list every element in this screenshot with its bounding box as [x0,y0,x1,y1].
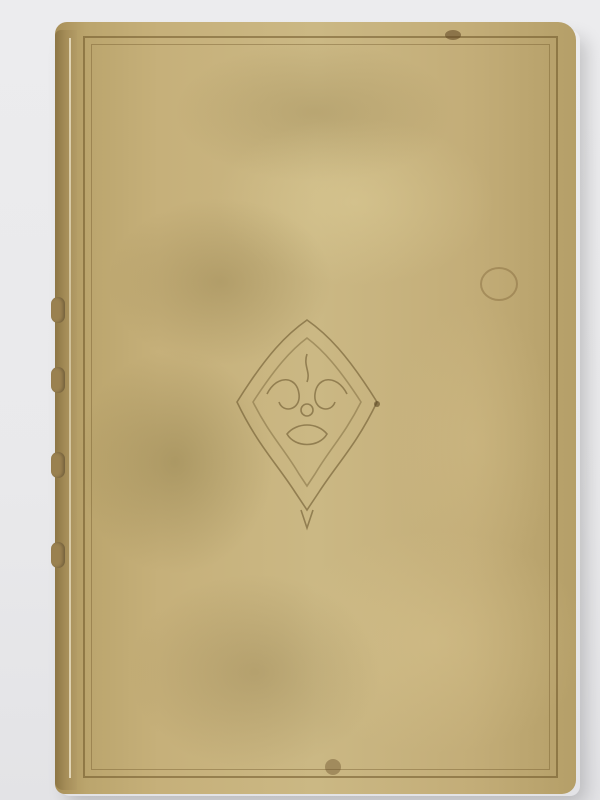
raised-band [51,367,65,393]
book-cover [55,22,576,794]
lozenge-ornament-icon [227,314,387,534]
raised-band [51,297,65,323]
raised-band [51,542,65,568]
ring-stain [480,267,518,301]
photo-scene [0,0,600,800]
bottom-spot [325,759,341,775]
spine-seam [69,38,71,778]
raised-band [51,452,65,478]
top-spot [445,30,461,40]
spine-edge [55,30,77,790]
